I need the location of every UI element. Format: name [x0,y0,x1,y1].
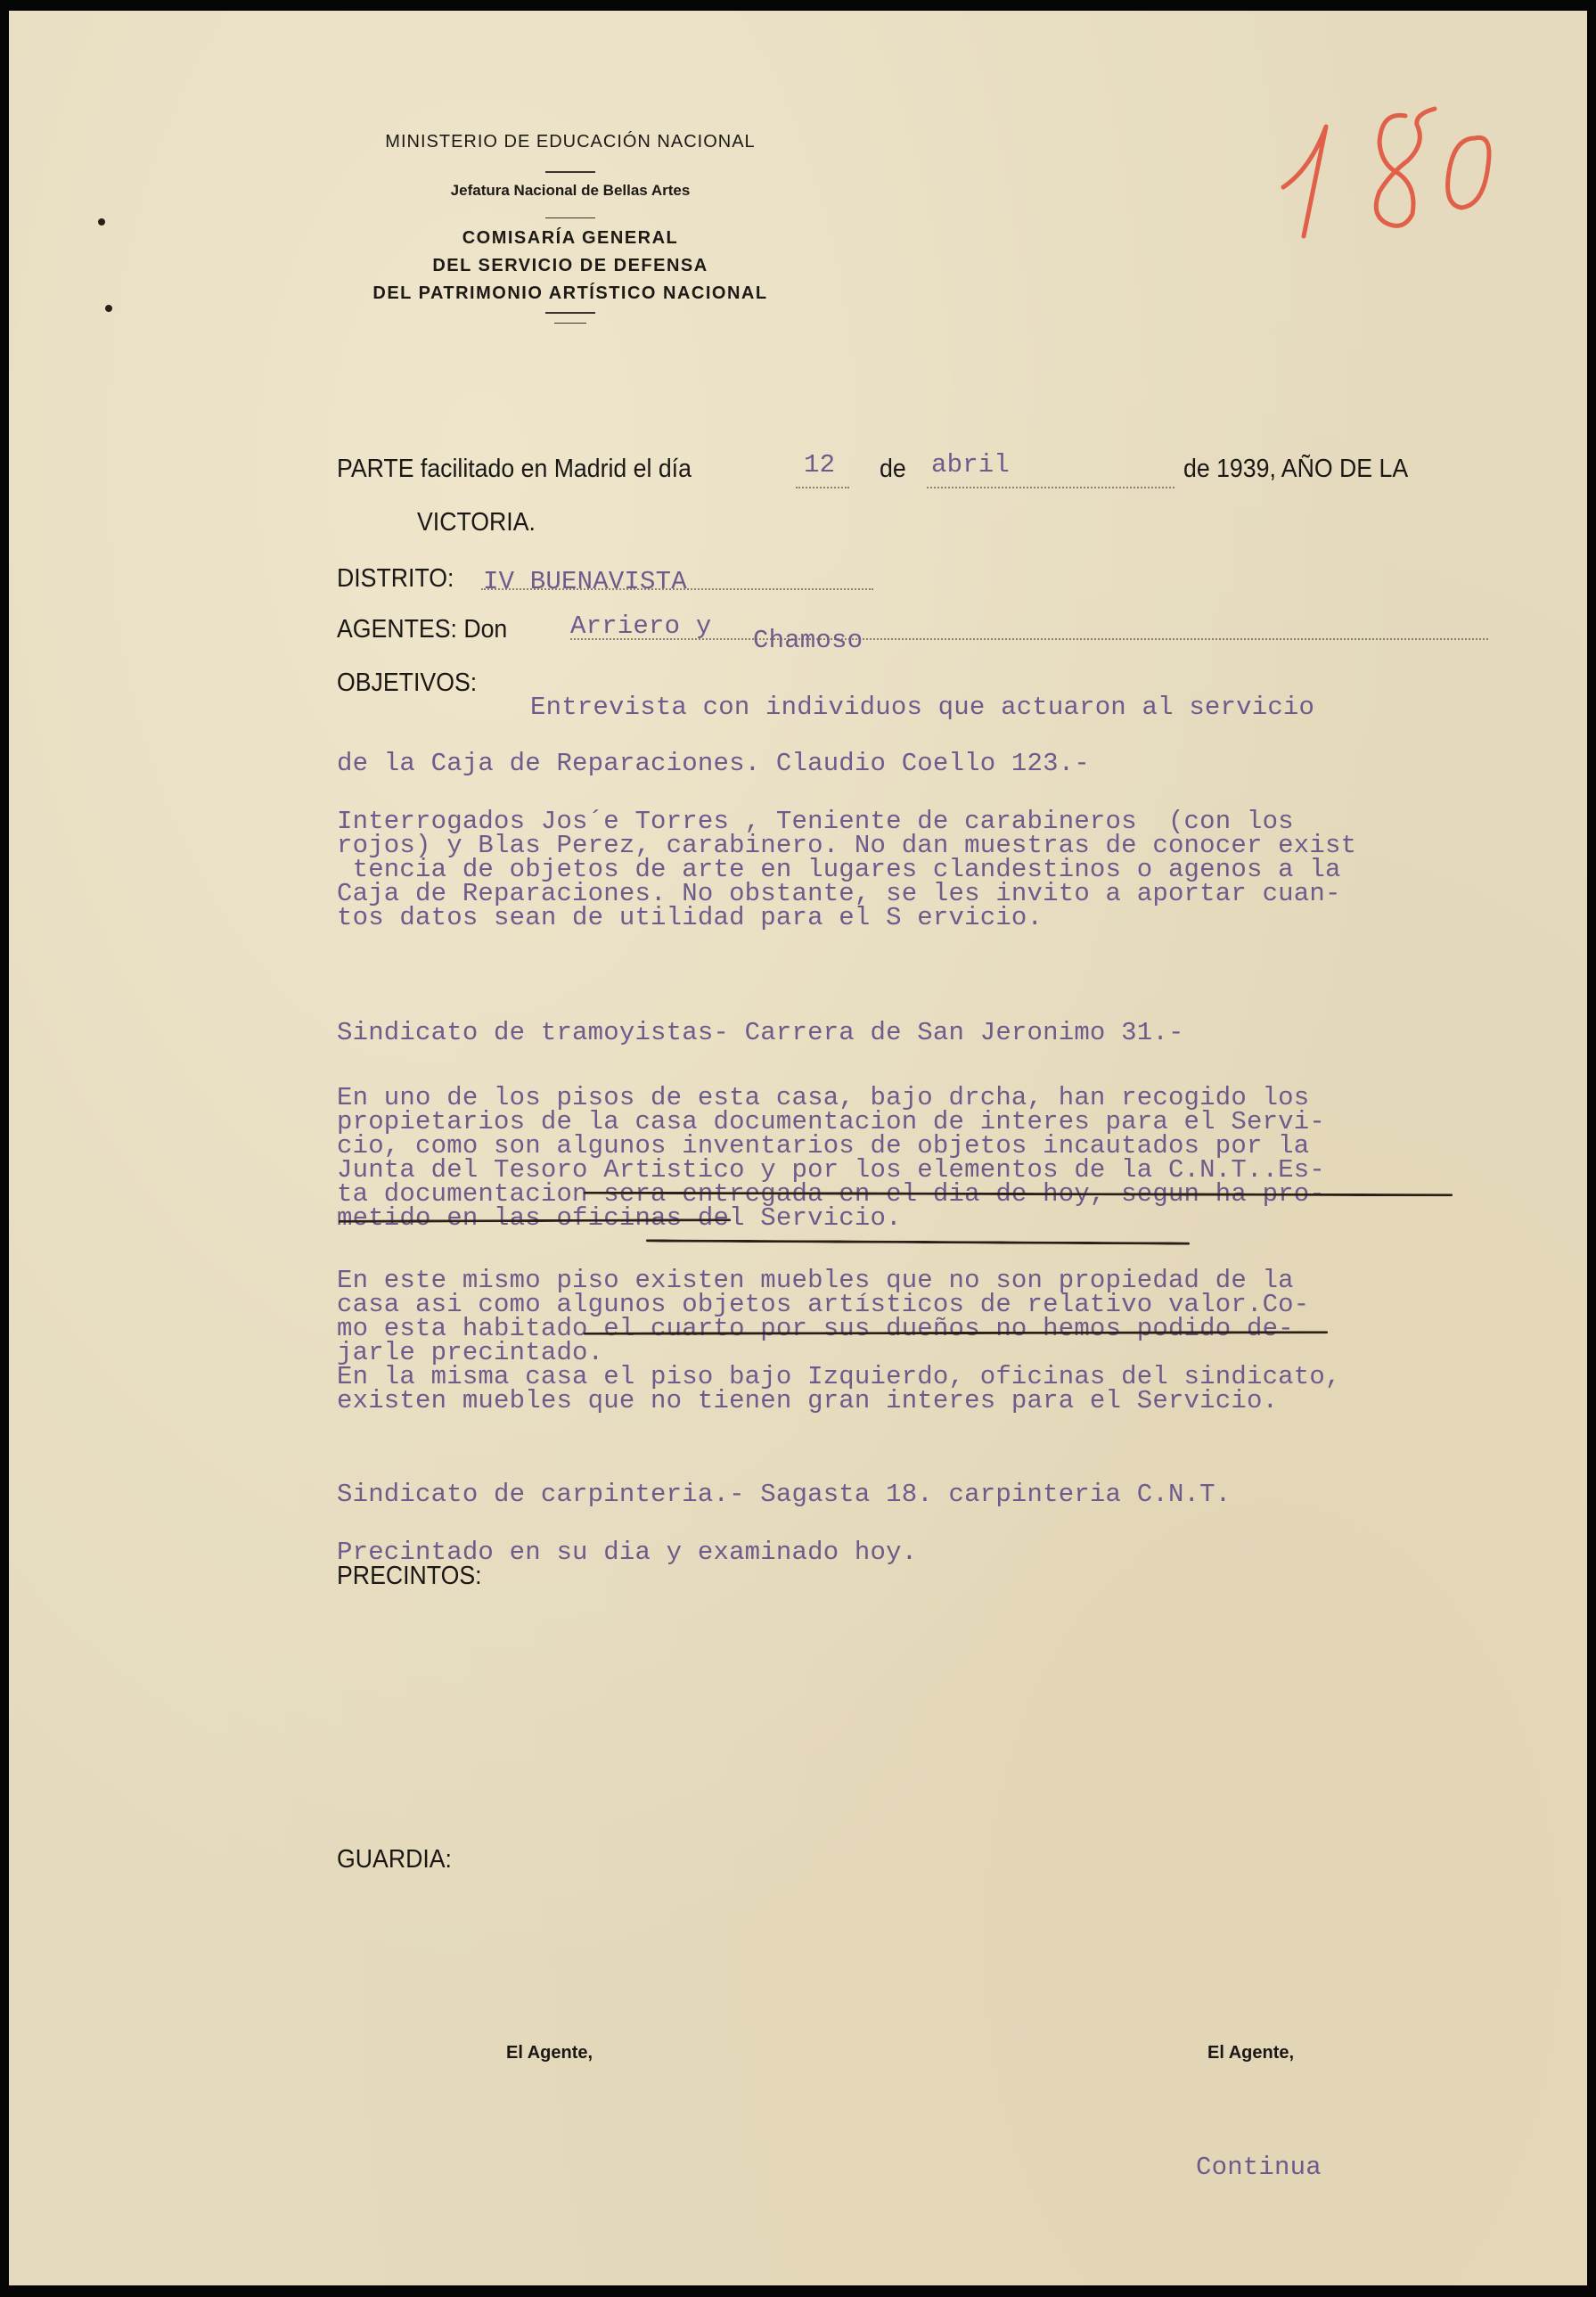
month-field-line [927,487,1174,488]
de-label: de [880,455,906,484]
body-line: existen muebles que no tienen gran inter… [337,1386,1278,1415]
letterhead-separator [545,171,595,173]
day-value: 12 [804,450,835,480]
signature-label-right: El Agente, [1207,2043,1294,2063]
body-line: metido en las oficinas del Servicio. [337,1203,902,1233]
punch-hole [98,218,105,226]
body-line: Entrevista con individuos que actuaron a… [530,693,1314,722]
body-line: Sindicato de tramoyistas- Carrera de San… [337,1018,1184,1047]
distrito-label: DISTRITO: [337,564,454,594]
letterhead-separator [545,312,595,314]
day-field-line [796,487,849,488]
signature-label-left: El Agente, [506,2043,593,2063]
folio-number-180 [1274,89,1506,241]
agentes-value-1: Arriero y [570,611,711,641]
body-line: de la Caja de Reparaciones. Claudio Coel… [337,749,1090,778]
letterhead-ministry: MINISTERIO DE EDUCACIÓN NACIONAL [214,132,927,152]
precintos-label: PRECINTOS: [337,1562,482,1591]
victoria-label: VICTORIA. [417,508,536,537]
letterhead-commission-line-1: COMISARÍA GENERAL [214,228,927,249]
letterhead-department: Jefatura Nacional de Bellas Artes [214,182,927,200]
guardia-label: GUARDIA: [337,1845,452,1875]
agentes-label: AGENTES: Don [337,615,507,644]
punch-hole [105,305,112,312]
letterhead-commission-line-2: DEL SERVICIO DE DEFENSA [214,256,927,276]
agentes-value-2: Chamoso [753,626,863,655]
continua-note: Continua [1196,2153,1322,2182]
body-line: tos datos sean de utilidad para el S erv… [337,903,1043,932]
month-value: abril [931,450,1010,480]
letterhead-separator [545,217,595,218]
letterhead-separator [554,323,586,324]
letterhead-commission-line-3: DEL PATRIMONIO ARTÍSTICO NACIONAL [214,283,927,304]
distrito-value: IV BUENAVISTA [483,567,687,596]
year-label: de 1939, AÑO DE LA [1183,455,1408,484]
objetivos-label: OBJETIVOS: [337,669,477,698]
body-line: Sindicato de carpinteria.- Sagasta 18. c… [337,1480,1231,1509]
parte-label: PARTE facilitado en Madrid el día [337,455,692,484]
